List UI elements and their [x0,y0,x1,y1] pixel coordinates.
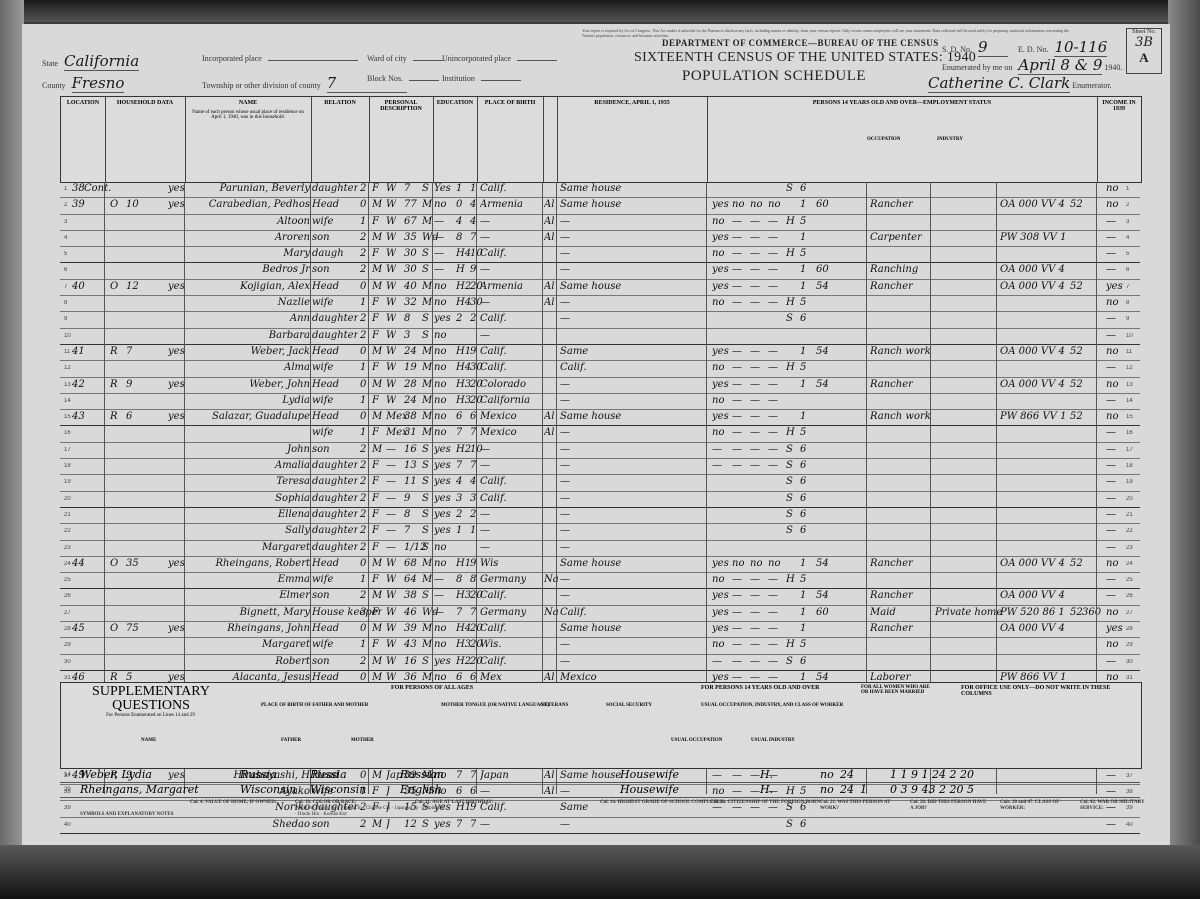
cell-relation: son [312,444,330,455]
cell-line-right: 6 [1126,267,1129,273]
cell-c33: — [1106,444,1116,455]
cell-line: 24 [64,561,71,567]
cell-line: 28 [64,626,71,632]
cell-name: Ellena [184,509,310,520]
cell-grade: 7 [456,427,462,438]
cell-value: 35 [126,558,139,569]
cell-res: — [560,264,570,275]
cell-c33: — [1106,509,1116,520]
cell-line: 9 [64,316,67,322]
cell-c25: H [786,574,795,585]
table-row: 10Barbaradaughter2FW3Sno——10 [60,329,1140,345]
cell-cit: Al [544,232,554,243]
cell-c25b: 1 [800,411,806,422]
cell-c24: — [768,346,778,357]
header-education: EDUCATION [433,97,478,182]
cell-birth: — [480,216,490,227]
cell-sex: M [372,199,382,210]
header-personal: PERSONAL DESCRIPTION [369,97,434,182]
cell-line: 23 [64,545,71,551]
cell-c31: 52 [1070,607,1083,618]
cell-c21: no [712,248,724,259]
cell-marital: M [422,427,432,438]
cell-race: W [386,346,396,357]
cell-name: Rheingans, John [184,623,310,634]
cell-grade: H3 [456,639,471,650]
supp-cell-occupation: Housewife [620,783,679,796]
cell-name: Emma [184,574,310,585]
cell-res: — [560,427,570,438]
cell-code: 2 [360,460,366,471]
cell-c22: — [732,444,742,455]
cell-value: 10 [126,199,139,210]
cell-c25b: 5 [800,297,806,308]
header-household: HOUSEHOLD DATA [105,97,186,182]
supp-cell-mother: Russia [310,768,347,781]
cell-birth: — [480,297,490,308]
cell-c25: H [786,216,795,227]
cell-code: 0 [360,346,366,357]
cell-name: Carabedian, Pedhos [184,199,310,210]
cell-c31: 52 [1070,199,1083,210]
cell-own: O [110,281,118,292]
cell-race: W [386,623,396,634]
cell-c33: — [1106,264,1116,275]
cell-c31: 52 [1070,379,1083,390]
cell-name: Altoon [184,216,310,227]
header-citizenship [543,97,558,182]
enumerator-field: Catherine C. Clark Enumerator. [922,74,1112,93]
cell-sex: M [372,623,382,634]
cell-c21: yes [712,232,729,243]
cell-line-right: 11 [1126,349,1132,355]
cell-c21: no [712,395,724,406]
cell-c24: — [768,656,778,667]
supp-cell-tongue: English [400,783,442,796]
cell-marital: S [422,248,429,259]
cell-sex: F [372,330,379,341]
cell-grade: 6 [456,411,462,422]
cell-c22: no [732,199,744,210]
cell-marital: S [422,590,429,601]
cell-line: 29 [64,642,71,648]
cell-birth: — [480,264,490,275]
cell-grade: 4 [456,476,462,487]
cell-age: 38 [404,590,417,601]
cell-marital: S [422,313,429,324]
cell-grade: 7 [456,460,462,471]
cell-school: no [434,297,446,308]
cell-line-right: 25 [1126,577,1133,583]
cell-c25b: 6 [800,525,806,536]
cell-c23: — [750,639,760,650]
cell-code: 2 [360,248,366,259]
cell-school: yes [434,525,451,536]
cell-school: yes [434,444,451,455]
cell-line: 17 [64,447,71,453]
cell-hours: 60 [816,264,829,275]
cell-relation: son [312,264,330,275]
cell-occupation: Ranch work [870,411,931,422]
cell-c23: — [750,623,760,634]
cell-name: Alma [184,362,310,373]
cell-marital: M [422,639,432,650]
table-row: 29Margaretwife1FW43MnoH320Wis.—no———H5no… [60,638,1140,654]
cell-marital: M [422,199,432,210]
cell-value: 7 [126,346,132,357]
cell-age: 7 [404,525,410,536]
cell-code: 0 [360,623,366,634]
cell-occcode: OA 000 VV 4 [1000,558,1065,569]
cell-school: — [434,607,444,618]
table-row: 1543R6yesSalazar, GuadalupeHead0MMex38Mn… [60,410,1140,426]
cell-line: 13 [64,382,71,388]
cell-relation: Head [312,281,339,292]
explanatory-notes: SYMBOLS AND EXPLANATORY NOTES Col. 4. VA… [60,800,1140,845]
cell-c22: — [732,411,742,422]
cell-marital: S [422,183,429,194]
cell-race: W [386,199,396,210]
supp-cell-office: 0 3 9 43 2 20 5 [890,783,974,796]
cell-c25b: 6 [800,183,806,194]
cell-race: W [386,281,396,292]
cell-house: 43 [72,411,85,422]
cell-res: Calif. [560,362,587,373]
cell-school: no [434,281,446,292]
cell-race: W [386,379,396,390]
cell-name: Bignett, Mary [184,607,310,618]
cell-house: 40 [72,281,85,292]
cell-age: 30 [404,248,417,259]
cell-school: — [434,216,444,227]
scan-border-top [0,0,1200,22]
header-birthplace: PLACE OF BIRTH [477,97,544,182]
cell-sex: F [372,297,379,308]
cell-school: Yes [434,183,451,194]
sheet-number-box: Sheet No. 3B A [1126,28,1162,74]
cell-house: 41 [72,346,85,357]
cell-res: — [560,248,570,259]
cell-birth: California [480,395,530,406]
cell-occcode: OA 000 VV 4 [1000,199,1065,210]
cell-age: 31 [404,427,417,438]
table-row: 239O10yesCarabedian, PedhosHead0MW77Mno0… [60,198,1140,214]
cell-hours: 54 [816,558,829,569]
cell-code: 0 [360,199,366,210]
sd-field: S. D. No.9 E. D. No.10-116 [942,38,1107,57]
cell-line-right: 18 [1126,463,1133,469]
table-row: 5Marydaugh2FW30S—H410Calif.—no———H5—5 [60,247,1140,263]
cell-age: 13 [404,460,417,471]
cell-grade: H2 [456,444,471,455]
cell-res: Same house [560,183,621,194]
column-headers: LOCATION HOUSEHOLD DATA NAMEName of each… [60,96,1142,183]
cell-race: W [386,607,396,618]
cell-school: yes [434,476,451,487]
cell-c21: yes [712,199,729,210]
cell-school: no [434,411,446,422]
cell-res: — [560,590,570,601]
cell-marital: M [422,281,432,292]
cell-farm: yes [168,379,185,390]
cell-sex: F [372,460,379,471]
cell-code: 2 [360,542,366,553]
cell-school: no [434,199,446,210]
cell-c24: — [768,607,778,618]
cell-line: 25 [64,577,71,583]
cell-code: 0 [360,558,366,569]
cell-race: W [386,248,396,259]
header-location: LOCATION [61,97,106,182]
cell-birth: — [480,509,490,520]
cell-name: Robert [184,656,310,667]
cell-marital: S [422,330,429,341]
supp-cell-married_more: no [820,768,834,781]
cell-marital: M [422,216,432,227]
cell-race: W [386,590,396,601]
cell-c22: — [732,574,742,585]
cell-occupation: Rancher [870,199,913,210]
table-row: 17Johnson2M—16SyesH210——————S6—17 [60,443,1140,459]
cell-line-right: 12 [1126,365,1133,371]
cell-c22: — [732,264,742,275]
cell-c34: 360 [1082,607,1101,618]
cell-code: 0 [360,281,366,292]
cell-cit: Al [544,216,554,227]
cell-line: 6 [64,267,67,273]
cell-house: 42 [72,379,85,390]
cell-grade: H1 [456,558,471,569]
cell-c22: — [732,232,742,243]
cell-line: 1 [64,186,67,192]
cell-farm: yes [168,411,185,422]
table-row: 22Sallydaughter2F—7Syes11——S6—22 [60,524,1140,540]
cell-relation: Head [312,379,339,390]
cell-res: — [560,542,570,553]
cell-c33: — [1106,542,1116,553]
cell-birth: Germany [480,607,526,618]
cell-c25: S [786,476,793,487]
cell-res: — [560,574,570,585]
cell-relation: daughter [312,542,358,553]
cell-race: W [386,639,396,650]
cell-c25b: 1 [800,199,806,210]
cell-relation: daughter [312,509,358,520]
cell-line: 2 [64,202,67,208]
cell-line-right: 22 [1126,528,1133,534]
table-row: 19Teresadaughter2F—11Syes44Calif.—S6—19 [60,475,1140,491]
cell-c33: — [1106,460,1116,471]
cell-grade: 1 [456,183,462,194]
cell-res: — [560,476,570,487]
supplementary-row: 14Weber, LydiaRussiaRussiaRussianHousewi… [60,768,1140,783]
supplementary-title: SUPPLEMENTARY QUESTIONS [81,685,221,713]
cell-relation: daughter [312,493,358,504]
cell-code: 1 [360,427,366,438]
cell-c23: — [750,232,760,243]
cell-relation: Head [312,199,339,210]
cell-c24: — [768,427,778,438]
supplementary-questions: SUPPLEMENTARY QUESTIONS For Persons Enum… [60,682,1142,769]
cell-sex: F [372,362,379,373]
cell-birth: Calif. [480,313,507,324]
cell-school: yes [434,460,451,471]
cell-sex: F [372,542,379,553]
supp-cell-line: 29 [64,787,71,793]
cell-own: O [110,623,118,634]
cell-occcode: PW 520 86 1 [1000,607,1065,618]
cell-c33: no [1106,346,1118,357]
cell-line-right: 15 [1126,414,1133,420]
cell-line-right: 7 [1126,284,1129,290]
cell-grade: H [456,264,465,275]
cell-c25b: 6 [800,313,806,324]
cell-birth: Calif. [480,346,507,357]
cell-sex: F [372,427,379,438]
cell-c22: — [732,460,742,471]
cell-birth: Calif. [480,623,507,634]
cell-c33: — [1106,574,1116,585]
cell-sex: F [372,395,379,406]
cell-birth: Calif. [480,493,507,504]
cell-hours: 54 [816,346,829,357]
cell-c25b: 5 [800,362,806,373]
cell-birth: Calif. [480,248,507,259]
cell-birth: — [480,330,490,341]
cell-line-right: 31 [1126,675,1133,681]
cell-res: Same house [560,411,621,422]
cell-grade: 4 [456,216,462,227]
cell-line: 5 [64,251,67,257]
cell-name: Lydia [184,395,310,406]
cell-code: 0 [360,379,366,390]
supp-cell-name: Weber, Lydia [80,768,152,781]
cell-c21: no [712,216,724,227]
cell-line: 10 [64,333,71,339]
cell-relation: wife [312,574,333,585]
cell-age: 43 [404,639,417,650]
cell-c25: S [786,313,793,324]
cell-school: no [434,427,446,438]
cell-school: — [434,264,444,275]
cell-line: 15 [64,414,71,420]
cell-occcode: OA 000 VV 4 [1000,379,1065,390]
cell-marital: S [422,656,429,667]
cell-line-right: 10 [1126,333,1133,339]
cell-occupation: Rancher [870,623,913,634]
cell-grade: H4 [456,362,471,373]
cell-marital: M [422,574,432,585]
cell-code: 2 [360,232,366,243]
cell-c25: S [786,525,793,536]
cell-farm: yes [168,558,185,569]
supp-cell-married_more: no [820,783,834,796]
table-row: 138Cont.yesParunian, Beverlydaughter2FW7… [60,182,1140,198]
cell-hours: 60 [816,607,829,618]
cell-c21: yes [712,558,729,569]
cell-c25: S [786,509,793,520]
cell-relation: daughter [312,525,358,536]
cell-race: W [386,558,396,569]
supp-cell-class: H. [760,783,773,796]
cell-name: Margaret [184,639,310,650]
cell-line-right: 16 [1126,430,1133,436]
table-row: 14Lydiawife1FW24MnoH320California—no————… [60,394,1140,410]
cell-school: yes [434,493,451,504]
cell-name: Elmer [184,590,310,601]
table-row: 20Sophiadaughter2F—9Syes33Calif.—S6—20 [60,492,1140,508]
cell-occcode: PW 308 VV 1 [1000,232,1066,243]
cell-marital: S [422,493,429,504]
cell-c24: — [768,395,778,406]
cell-line-right: 4 [1126,235,1129,241]
cell-c33: no [1106,183,1118,194]
cell-c25b: 5 [800,427,806,438]
cell-res: — [560,232,570,243]
cell-race: W [386,232,396,243]
cell-school: — [434,232,444,243]
cell-c33: — [1106,330,1116,341]
supp-cell-office: 1 1 9 1 24 2 20 [890,768,974,781]
ed-value: 10-116 [1054,38,1107,57]
cell-c25b: 5 [800,248,806,259]
cell-grade: H2 [456,656,471,667]
cell-c21: no [712,427,724,438]
cell-c23: — [750,281,760,292]
cell-c22: — [732,656,742,667]
cell-name: Sally [184,525,310,536]
cell-c24: — [768,362,778,373]
cell-c24: — [768,248,778,259]
cell-race: W [386,216,396,227]
cell-c25b: 6 [800,656,806,667]
cell-c22: — [732,590,742,601]
cell-c25b: 5 [800,216,806,227]
cell-c31: 52 [1070,346,1083,357]
table-row: 9Anndaughter2FW8Syes22Calif.—S6—9 [60,312,1140,328]
cell-code: 2 [360,264,366,275]
cell-c33: — [1106,313,1116,324]
cell-line-right: 17 [1126,447,1133,453]
cell-grade: 3 [456,493,462,504]
cell-code: 2 [360,444,366,455]
cell-name: Parunian, Beverly [184,183,310,194]
cell-grade: H4 [456,297,471,308]
census-title: SIXTEENTH CENSUS OF THE UNITED STATES: 1… [634,50,976,66]
cell-code: 2 [360,590,366,601]
cell-race: — [386,476,396,487]
cell-c25b: 5 [800,639,806,650]
sd-value: 9 [978,38,1008,57]
cell-age: 19 [404,362,417,373]
cell-school: — [434,590,444,601]
cell-hours: 54 [816,590,829,601]
cell-race: — [386,542,396,553]
cell-age: 30 [404,264,417,275]
supp-cell-age_first: 24 [840,783,854,796]
supp-cell-occupation: Housewife [620,768,679,781]
cell-name: Weber, John [184,379,310,390]
cell-race: W [386,395,396,406]
cell-relation: daughter [312,460,358,471]
cell-name: Nazlie [184,297,310,308]
cell-birth: Wis. [480,639,502,650]
cell-farm: yes [168,623,185,634]
cell-c23: — [750,444,760,455]
cell-c25b: 6 [800,476,806,487]
cell-c25b: 1 [800,623,806,634]
cell-name: Rheingans, Robert [184,558,310,569]
